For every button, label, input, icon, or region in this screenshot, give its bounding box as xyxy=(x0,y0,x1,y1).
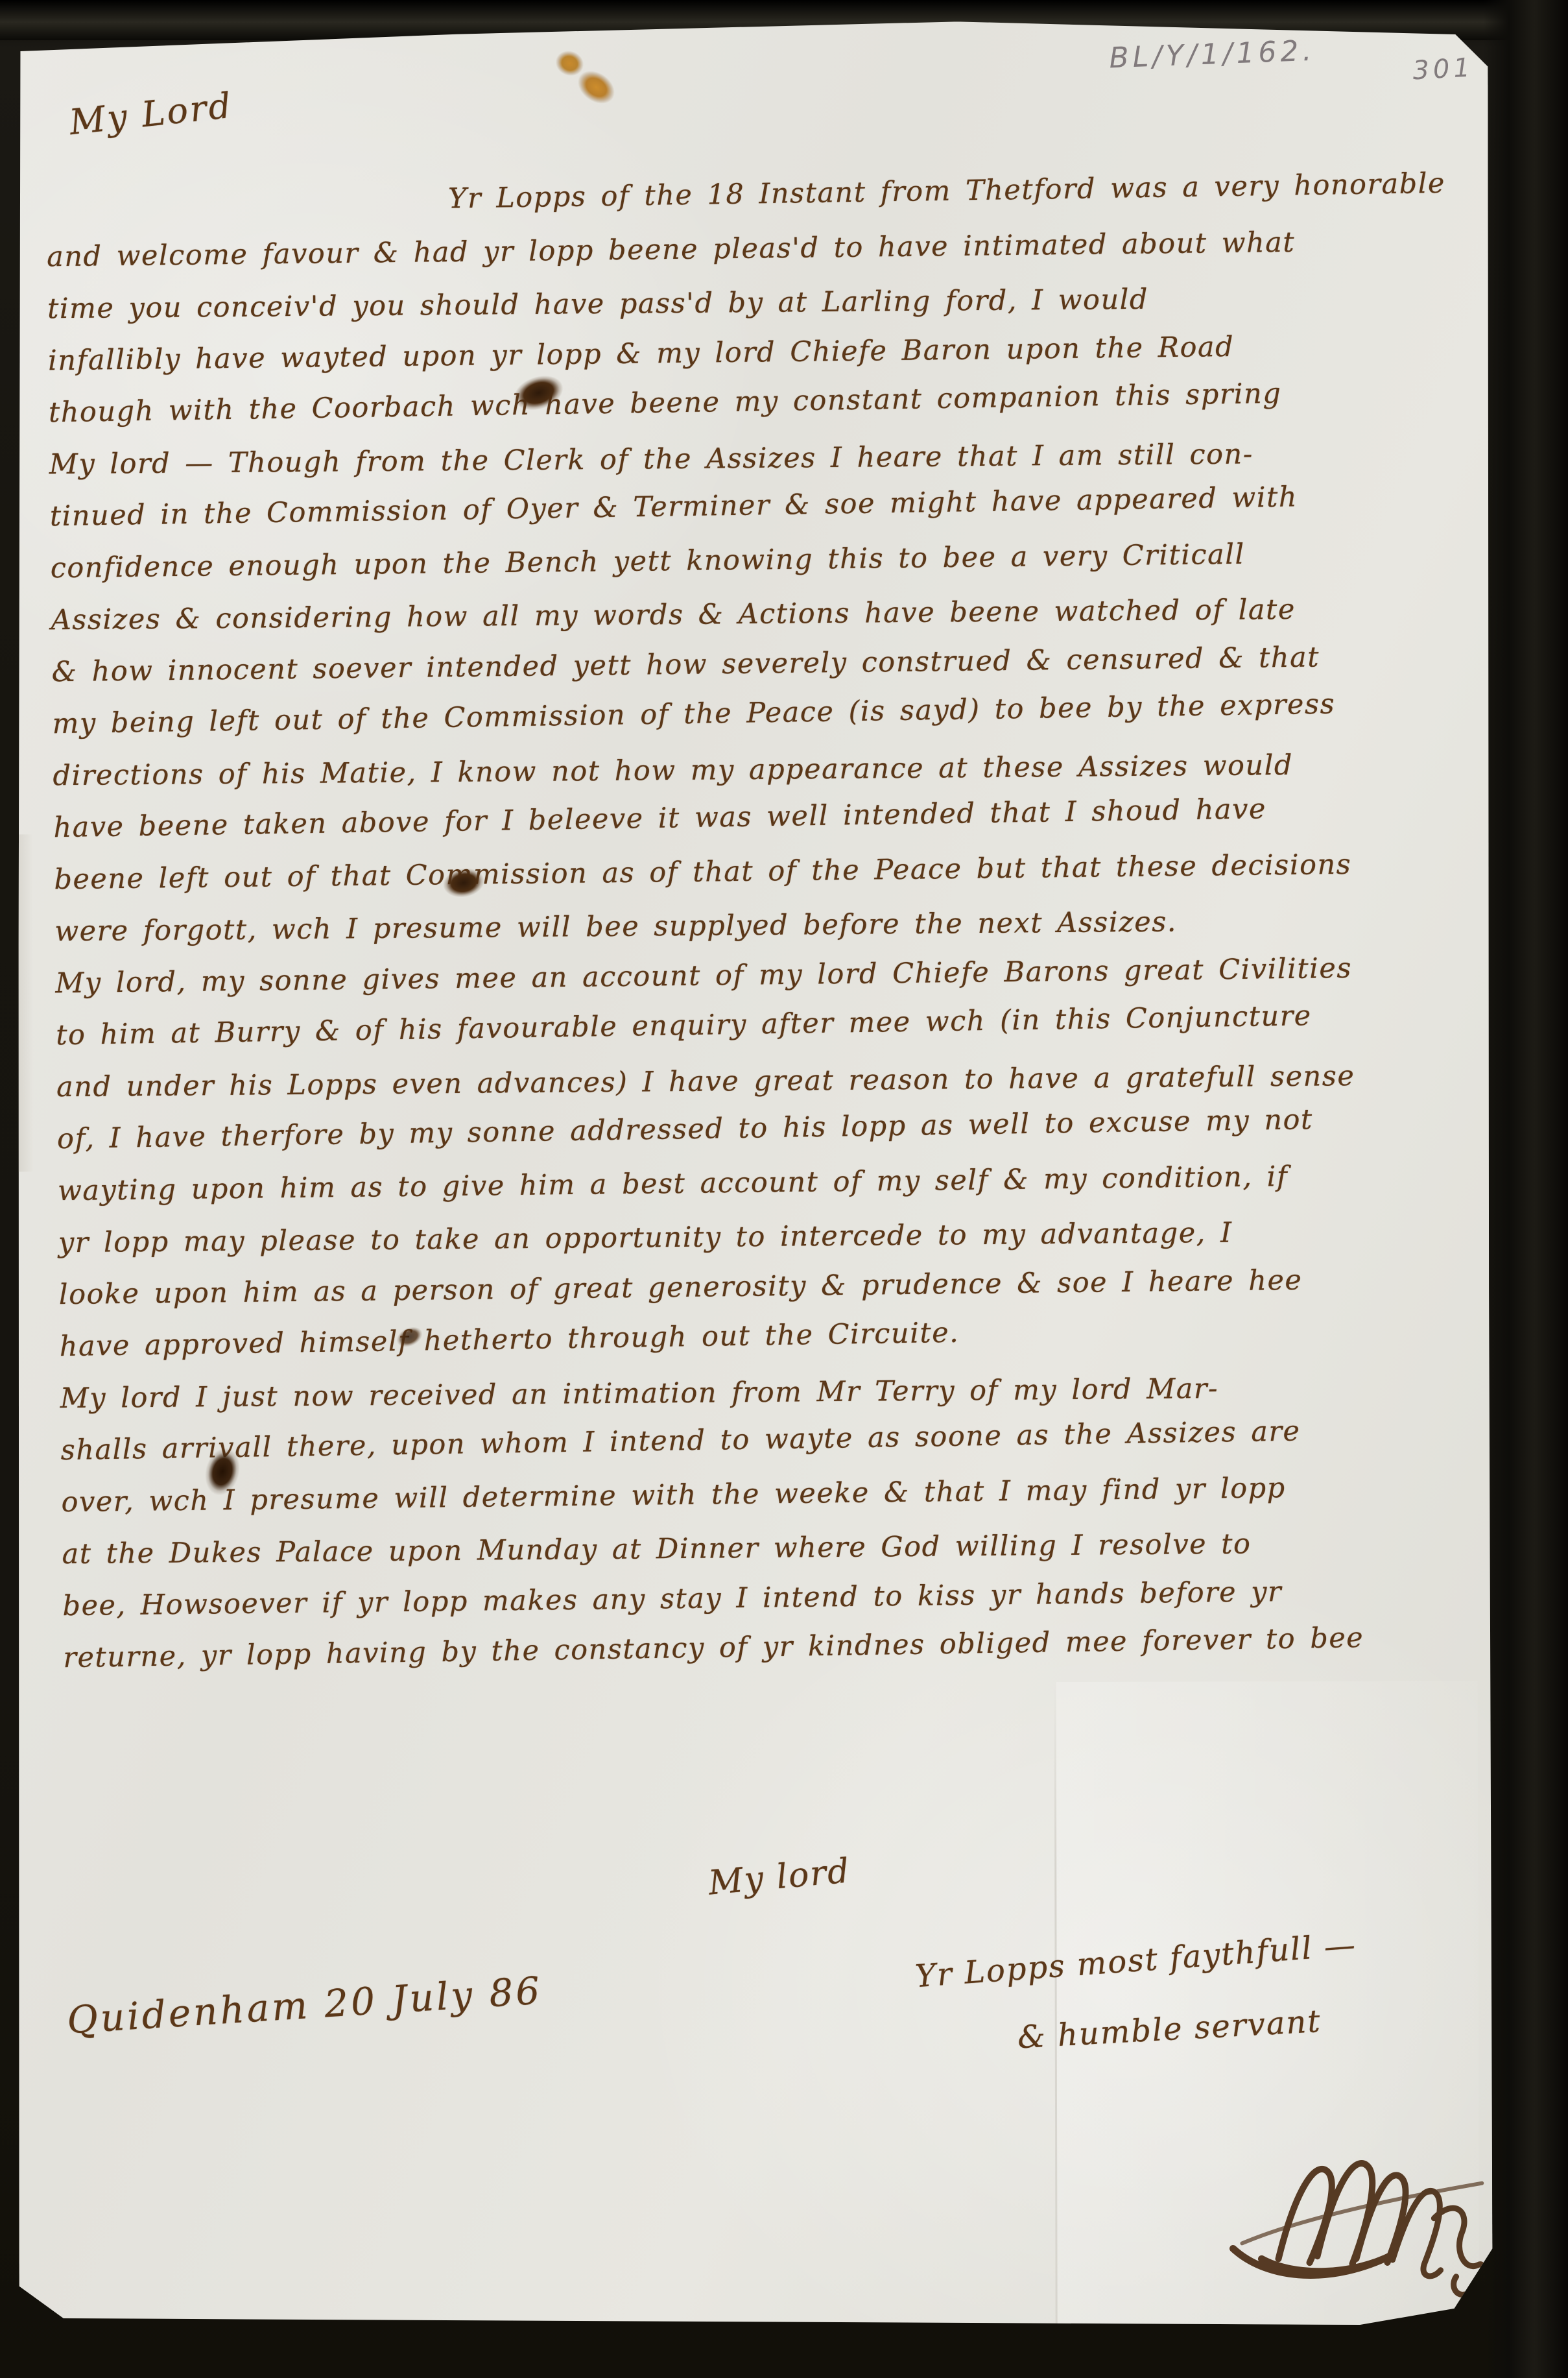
photo-backdrop: BL/Y/1/162. 301 My Lord Yr Lopps of the … xyxy=(0,0,1568,2378)
dateline: Quidenham 20 July 86 xyxy=(65,1968,543,2042)
mount-board-right-edge xyxy=(1484,0,1568,2378)
signature-flourish xyxy=(1222,2121,1508,2323)
valediction-line1: Yr Lopps most faythfull — xyxy=(914,1927,1357,1995)
valediction-line2: & humble servant xyxy=(1017,2003,1322,2056)
letter-page: BL/Y/1/162. 301 My Lord Yr Lopps of the … xyxy=(14,21,1492,2328)
paper-edge-wear xyxy=(16,834,34,1171)
closing-salutation: My lord xyxy=(707,1851,852,1903)
catalog-reference: BL/Y/1/162. xyxy=(1109,34,1316,75)
folio-number: 301 xyxy=(1412,53,1475,86)
letter-body: Yr Lopps of the 18 Instant from Thetford… xyxy=(46,163,1469,1684)
paper-fold-crease xyxy=(1054,1682,1058,2325)
salutation: My Lord xyxy=(67,85,235,143)
